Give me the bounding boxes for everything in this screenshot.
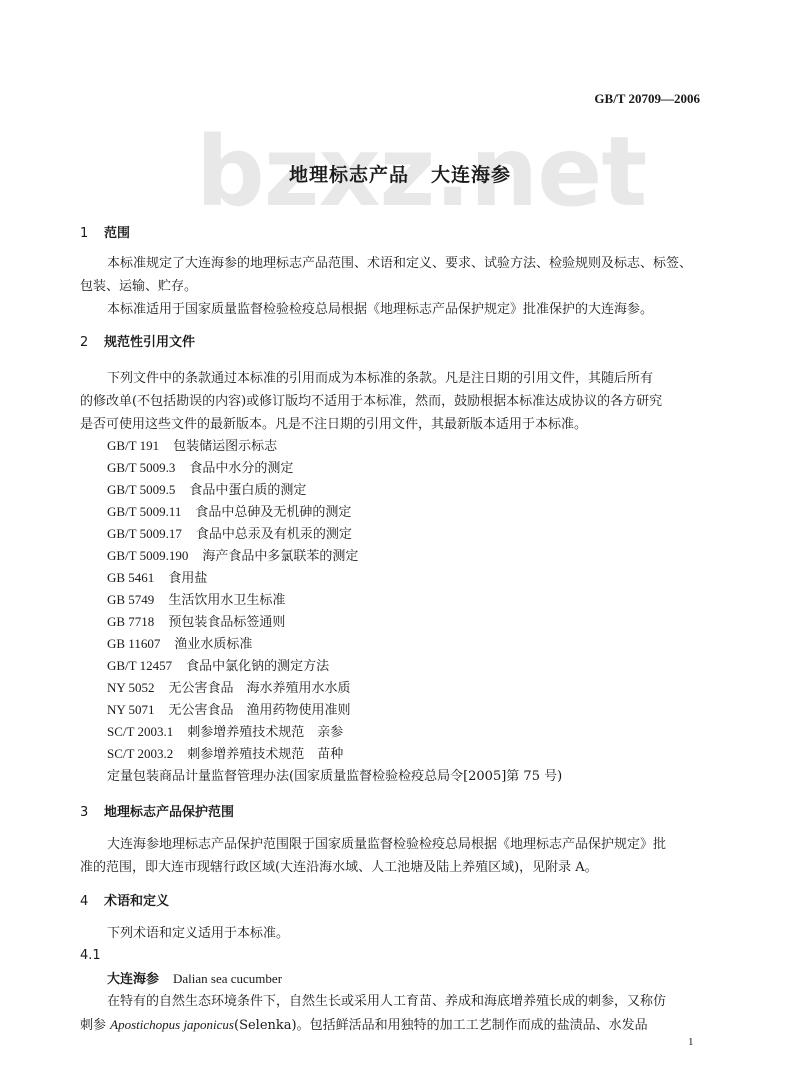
reference-item: GB/T 12457食品中氯化钠的测定方法 bbox=[107, 658, 329, 675]
section-4-para-line: 下列术语和定义适用于本标准。 bbox=[107, 926, 289, 942]
section-1-para-line: 本标准适用于国家质量监督检验检疫总局根据《地理标志产品保护规定》批准保护的大连海… bbox=[107, 302, 653, 318]
reference-item: GB/T 191包装储运图示标志 bbox=[107, 438, 277, 455]
section-3-heading: 3地理标志产品保护范围 bbox=[80, 805, 234, 821]
section-2-para-line: 的修改单(不包括勘误的内容)或修订版均不适用于本标准，然而，鼓励根据本标准达成协… bbox=[80, 394, 662, 410]
section-3-para-line: 大连海参地理标志产品保护范围限于国家质量监督检验检疫总局根据《地理标志产品保护规… bbox=[107, 837, 666, 853]
reference-item: GB 11607渔业水质标准 bbox=[107, 636, 252, 653]
section-1-para-line: 本标准规定了大连海参的地理标志产品范围、术语和定义、要求、试验方法、检验规则及标… bbox=[107, 256, 692, 272]
reference-item: NY 5071无公害食品 渔用药物使用准则 bbox=[107, 702, 351, 719]
term-name-en: Dalian sea cucumber bbox=[173, 971, 282, 986]
section-2-para-line: 是否可使用这些文件的最新版本。凡是不注日期的引用文件，其最新版本适用于本标准。 bbox=[80, 417, 587, 433]
reference-item: GB/T 5009.5食品中蛋白质的测定 bbox=[107, 482, 306, 499]
reference-item: GB 7718预包装食品标签通则 bbox=[107, 614, 285, 631]
reference-item: GB/T 5009.190海产食品中多氯联苯的测定 bbox=[107, 548, 358, 565]
section-2-para-line: 下列文件中的条款通过本标准的引用而成为本标准的条款。凡是注日期的引用文件，其随后… bbox=[107, 371, 653, 387]
term-number: 4.1 bbox=[80, 948, 101, 964]
section-1-heading: 1范围 bbox=[80, 226, 130, 242]
term-definition-line: 在特有的自然生态环境条件下，自然生长或采用人工育苗、养成和海底增养殖长成的刺参，… bbox=[107, 994, 666, 1010]
term-name-zh: 大连海参 bbox=[107, 972, 159, 987]
reference-item: GB/T 5009.11食品中总砷及无机砷的测定 bbox=[107, 504, 351, 521]
scientific-name: Apostichopus japonicus bbox=[110, 1017, 234, 1032]
section-2-heading: 2规范性引用文件 bbox=[80, 335, 195, 351]
title-part-2: 大连海参 bbox=[431, 164, 511, 186]
reference-item: NY 5052无公害食品 海水养殖用水水质 bbox=[107, 680, 351, 697]
reference-item-regulation: 定量包装商品计量监督管理办法(国家质量监督检验检疫总局令[2005]第 75 号… bbox=[107, 769, 562, 785]
reference-item: GB/T 5009.17食品中总汞及有机汞的测定 bbox=[107, 526, 352, 543]
page-number: 1 bbox=[688, 1036, 694, 1048]
term-heading: 大连海参Dalian sea cucumber bbox=[107, 971, 282, 988]
section-1-para-line: 包装、运输、贮存。 bbox=[80, 279, 197, 295]
term-definition-line: 刺参 Apostichopus japonicus(Selenka)。包括鲜活品… bbox=[80, 1017, 648, 1034]
reference-item: SC/T 2003.2刺参增养殖技术规范 苗种 bbox=[107, 746, 343, 763]
section-4-heading: 4术语和定义 bbox=[80, 894, 169, 910]
document-title: 地理标志产品大连海参 bbox=[0, 160, 800, 187]
reference-item: GB 5749生活饮用水卫生标准 bbox=[107, 592, 285, 609]
reference-item: SC/T 2003.1刺参增养殖技术规范 亲参 bbox=[107, 724, 343, 741]
standard-number: GB/T 20709—2006 bbox=[575, 91, 700, 107]
reference-item: GB 5461食用盐 bbox=[107, 570, 207, 587]
section-3-para-line: 准的范围，即大连市现辖行政区域(大连沿海水域、人工池塘及陆上养殖区域)，见附录 … bbox=[80, 860, 598, 876]
title-part-1: 地理标志产品 bbox=[289, 164, 409, 186]
reference-item: GB/T 5009.3食品中水分的测定 bbox=[107, 460, 293, 477]
